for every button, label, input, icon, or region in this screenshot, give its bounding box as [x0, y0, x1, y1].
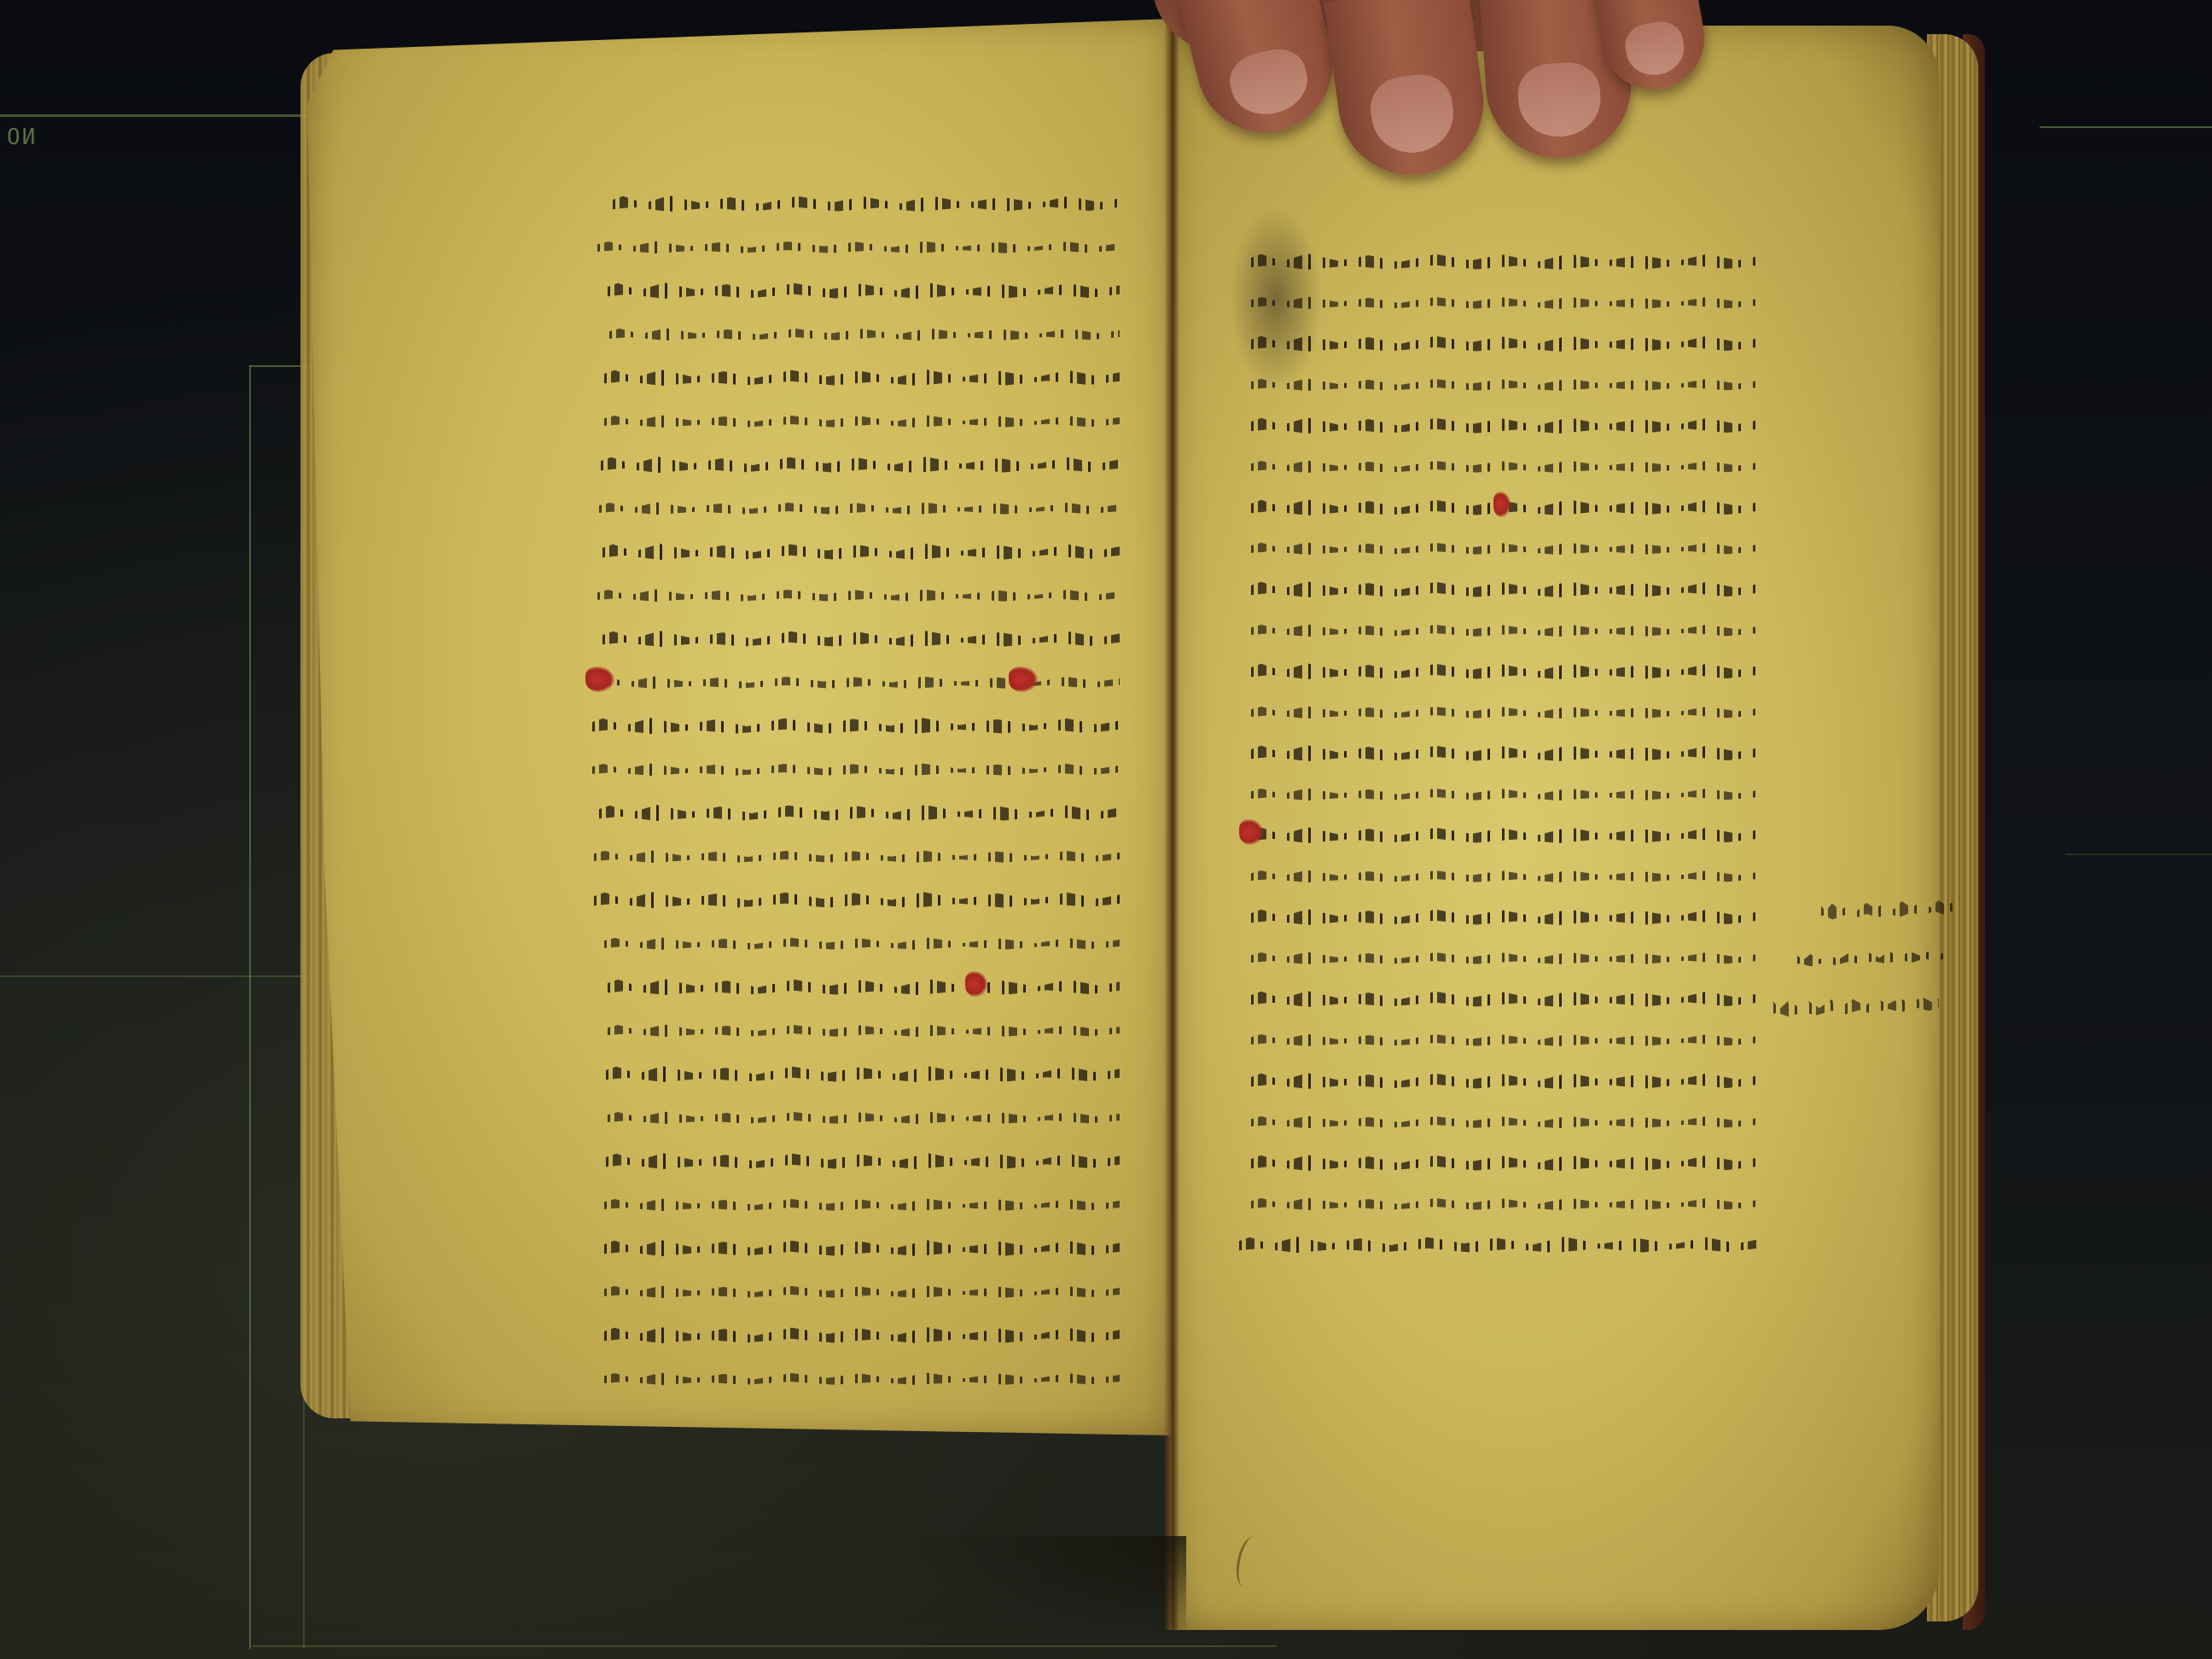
book-gutter	[1164, 26, 1179, 1630]
text-line	[599, 1225, 1120, 1269]
fingernail	[1622, 18, 1688, 79]
text-line	[597, 529, 1120, 573]
red-rubric-qawluhu	[965, 971, 987, 997]
text-line: قوله قوله واذا زال العذر اعاد الطهارة عل…	[591, 660, 1120, 703]
text-line	[602, 1095, 1120, 1138]
text-line	[589, 834, 1120, 877]
text-line: فاخره	[599, 1356, 1120, 1400]
mat-grid-line	[249, 365, 251, 1649]
text-line	[1246, 1058, 1758, 1099]
text-line	[1246, 690, 1758, 731]
text-line	[1246, 771, 1758, 812]
marginal-note: مقطوع العمد الممكن الماء من الماء احدهما…	[1773, 884, 1965, 1034]
mat-grid-line	[253, 1645, 1277, 1647]
marginal-note-line: الممكن الماء من الماء	[1791, 933, 1947, 986]
text-line: ولمس بالطفل	[599, 1269, 1120, 1313]
text-line	[1246, 1140, 1758, 1181]
finger-index	[1179, 0, 1348, 147]
fingernail	[1367, 70, 1458, 158]
hand-holding-page	[1135, 0, 1715, 188]
text-line	[592, 573, 1120, 616]
mat-label: NO	[5, 125, 35, 150]
text-line	[1246, 935, 1758, 976]
text-line	[596, 442, 1120, 486]
text-line	[1246, 280, 1758, 321]
text-line: رواه علي بن جعفر في الصحيح عن اخيه موسى …	[1246, 567, 1758, 608]
text-line: قوله	[602, 964, 1120, 1008]
text-line	[599, 1182, 1120, 1225]
mat-grid-line	[2065, 853, 2212, 855]
text-line	[602, 1008, 1120, 1051]
text-line	[1246, 403, 1758, 444]
text-line	[1246, 444, 1758, 485]
text-line	[599, 355, 1120, 399]
text-line: السادسة لا يجوز ان يمس	[587, 703, 1120, 747]
text-line: فانهم صرحوا بان الحاق المجروح والقروح وا…	[608, 181, 1120, 224]
text-line	[1246, 608, 1758, 649]
text-line	[589, 877, 1120, 921]
text-line: وفي التيمم جعلوا من اسبابه الخوف من استع…	[602, 268, 1120, 311]
text-line: قوله قوله الخامسة من كان على بعض اعضاء ط…	[1246, 812, 1758, 853]
text-line	[1246, 1099, 1758, 1140]
text-line	[1246, 894, 1758, 935]
text-line	[1246, 731, 1758, 771]
page-shadow	[905, 1536, 1186, 1639]
text-line	[1246, 1181, 1758, 1222]
text-line	[1246, 1017, 1758, 1058]
text-line	[1246, 649, 1758, 690]
right-page-text: والعضو الذي لا يتمكن من غسله قوله قوله و…	[1246, 239, 1758, 1263]
text-line	[594, 790, 1120, 834]
text-line: والعضو الذي لا يتمكن من غسله	[1246, 239, 1758, 280]
text-line	[599, 921, 1120, 964]
text-line: قوله قوله ومن في يده خاتم او سير فعليه ا…	[1246, 485, 1758, 526]
text-line: والكسر وصنع كل عليها والمسح	[604, 311, 1120, 355]
text-line	[1246, 526, 1758, 567]
text-line	[601, 1138, 1120, 1182]
text-line	[1246, 362, 1758, 403]
text-line	[1246, 321, 1758, 362]
marginal-note-line: احدهما مسح كلما في شرع	[1767, 981, 1940, 1034]
text-line	[594, 486, 1120, 529]
mat-grid-line	[0, 114, 316, 117]
fingernail	[1225, 43, 1314, 122]
mat-grid-line	[2040, 126, 2212, 128]
text-line	[601, 1051, 1120, 1095]
finger-middle	[1324, 0, 1493, 184]
text-line	[599, 399, 1120, 442]
text-line	[1246, 853, 1758, 894]
text-line: الا لا اعلى	[599, 1313, 1120, 1356]
text-line: بالتشقيق	[1234, 1222, 1758, 1263]
marginal-note-line: مقطوع العمد	[1815, 885, 1953, 938]
mat-grid-line	[0, 975, 341, 977]
fingernail	[1516, 61, 1603, 140]
left-page-text: فانهم صرحوا بان الحاق المجروح والقروح وا…	[608, 181, 1120, 1400]
text-line: ام لا ونص جماعة منهم على انه لا فرق بين …	[592, 224, 1120, 268]
text-line	[587, 747, 1120, 790]
text-line	[597, 616, 1120, 660]
